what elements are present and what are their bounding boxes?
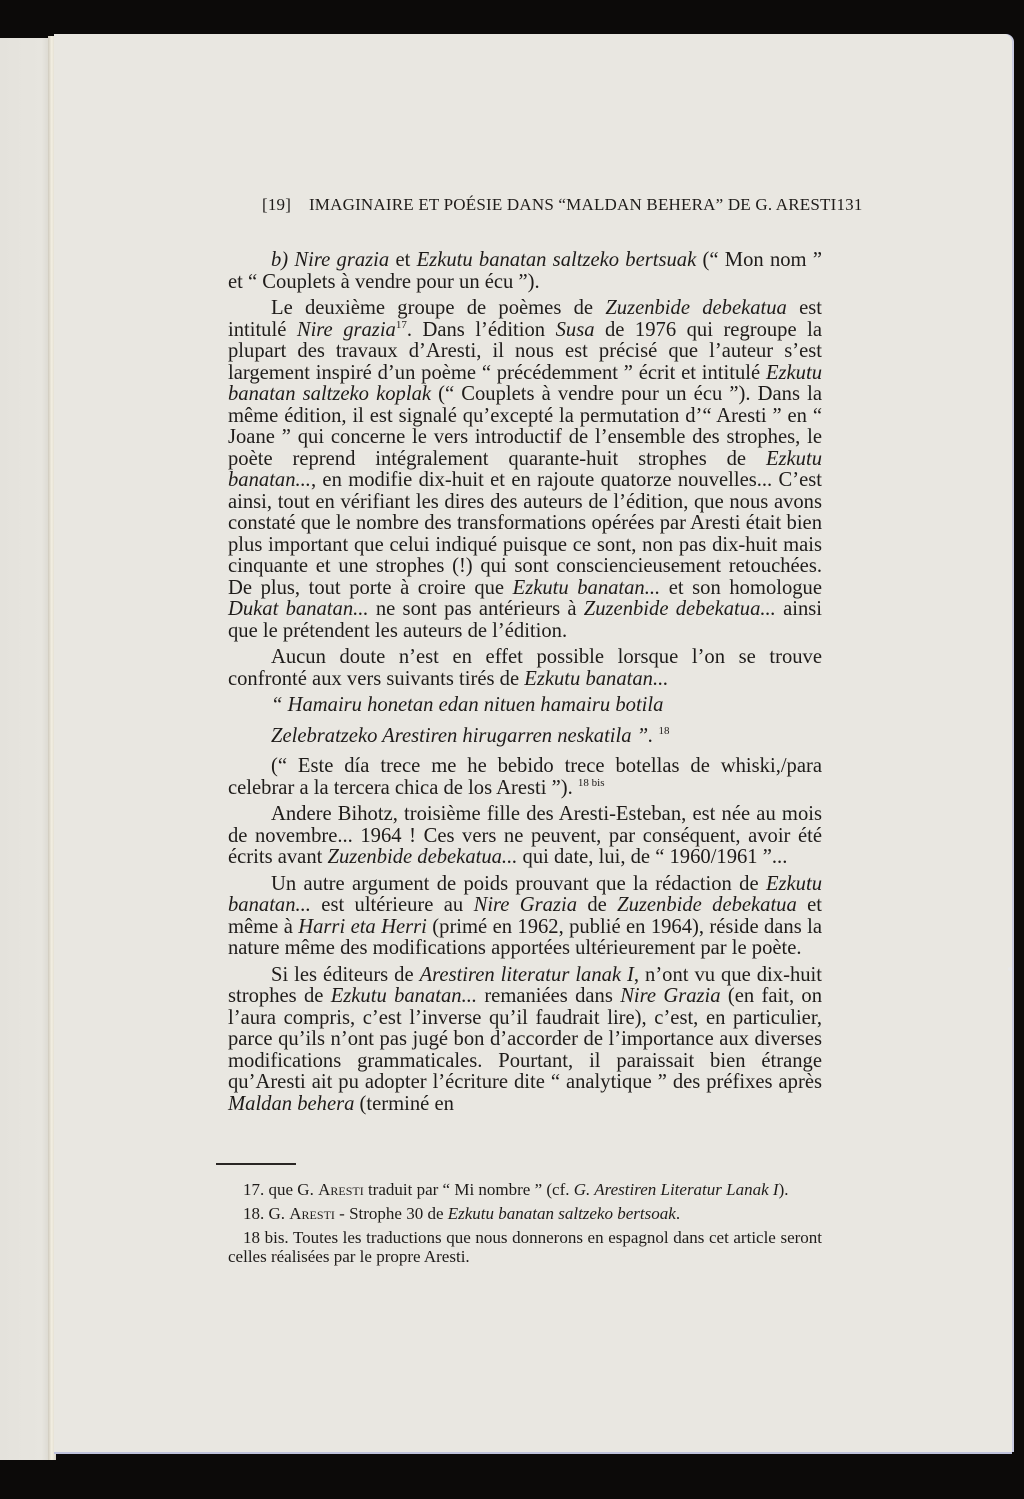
body-text: b) Nire grazia et Ezkutu banatan saltzek… (228, 250, 822, 1120)
paragraph: Si les éditeurs de Arestiren literatur l… (228, 965, 822, 1116)
paragraph: Aucun doute n’est en effet possible lors… (228, 647, 822, 690)
footnotes: 17. que G. Aresti traduit par “ Mi nombr… (228, 1180, 822, 1271)
footnote-ref: 18 bis (578, 777, 605, 789)
footnote-ref: 18 (658, 725, 669, 737)
page-number: 131 (836, 195, 862, 215)
footnote-17: 17. que G. Aresti traduit par “ Mi nombr… (228, 1180, 822, 1199)
paragraph: Le deuxième groupe de poèmes de Zuzenbid… (228, 298, 822, 642)
dust-speck (1008, 967, 1012, 971)
running-head: [19] IMAGINAIRE ET POÉSIE DANS “MALDAN B… (262, 195, 822, 215)
paragraph: (“ Este día trece me he bebido trece bot… (228, 756, 822, 799)
running-title: IMAGINAIRE ET POÉSIE DANS “MALDAN BEHERA… (309, 195, 837, 214)
footnote-18-bis: 18 bis. Toutes les traductions que nous … (228, 1228, 822, 1266)
footnote-18: 18. G. Aresti - Strophe 30 de Ezkutu ban… (228, 1204, 822, 1223)
left-page-edge (0, 38, 52, 1460)
footnote-ref: 17 (396, 319, 407, 331)
paragraph: Un autre argument de poids prouvant que … (228, 874, 822, 960)
verse-line: Zelebratzeko Arestiren hirugarren neskat… (228, 726, 822, 748)
footnote-rule (216, 1163, 296, 1165)
section-number: [19] (262, 195, 291, 214)
verse-line: “ Hamairu honetan edan nituen hamairu bo… (228, 695, 822, 717)
paragraph: Andere Bihotz, troisième fille des Arest… (228, 804, 822, 869)
paragraph-heading-b: b) Nire grazia et Ezkutu banatan saltzek… (228, 250, 822, 293)
